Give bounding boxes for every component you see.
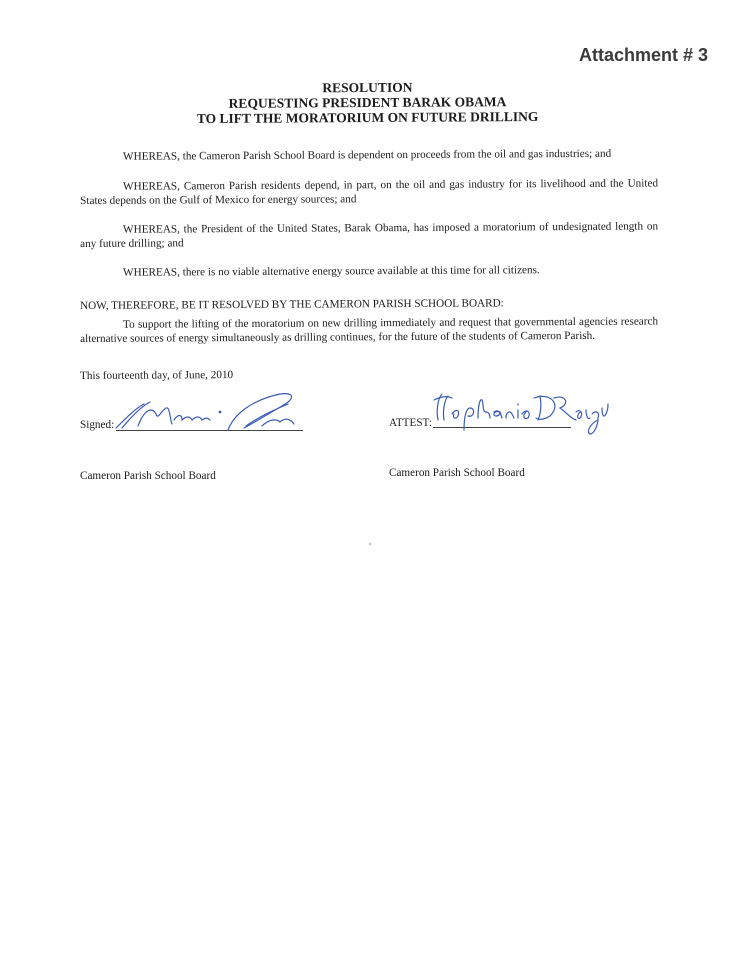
signed-signature-icon bbox=[112, 390, 307, 435]
attest-organization: Cameron Parish School Board bbox=[389, 467, 525, 479]
whereas-clause-4: WHEREAS, there is no viable alternative … bbox=[80, 262, 658, 280]
whereas-clause-1: WHEREAS, the Cameron Parish School Board… bbox=[80, 146, 658, 164]
date-line: This fourteenth day, of June, 2010 bbox=[80, 365, 658, 383]
whereas-clause-3: WHEREAS, the President of the United Sta… bbox=[80, 219, 658, 251]
resolution-title: RESOLUTION REQUESTING PRESIDENT BARAK OB… bbox=[195, 79, 540, 126]
signed-organization: Cameron Parish School Board bbox=[80, 470, 216, 482]
whereas-clause-2: WHEREAS, Cameron Parish residents depend… bbox=[80, 176, 658, 208]
resolved-heading: NOW, THEREFORE, BE IT RESOLVED BY THE CA… bbox=[80, 295, 658, 313]
attest-label: ATTEST: bbox=[389, 417, 432, 429]
signed-label: Signed: bbox=[80, 419, 114, 431]
attachment-label: Attachment # 3 bbox=[579, 45, 708, 66]
scan-artifact bbox=[369, 543, 371, 545]
title-line-3: TO LIFT THE MORATORIUM ON FUTURE DRILLIN… bbox=[195, 109, 540, 126]
resolved-text: To support the lifting of the moratorium… bbox=[80, 314, 658, 346]
attest-signature-icon bbox=[430, 390, 610, 440]
